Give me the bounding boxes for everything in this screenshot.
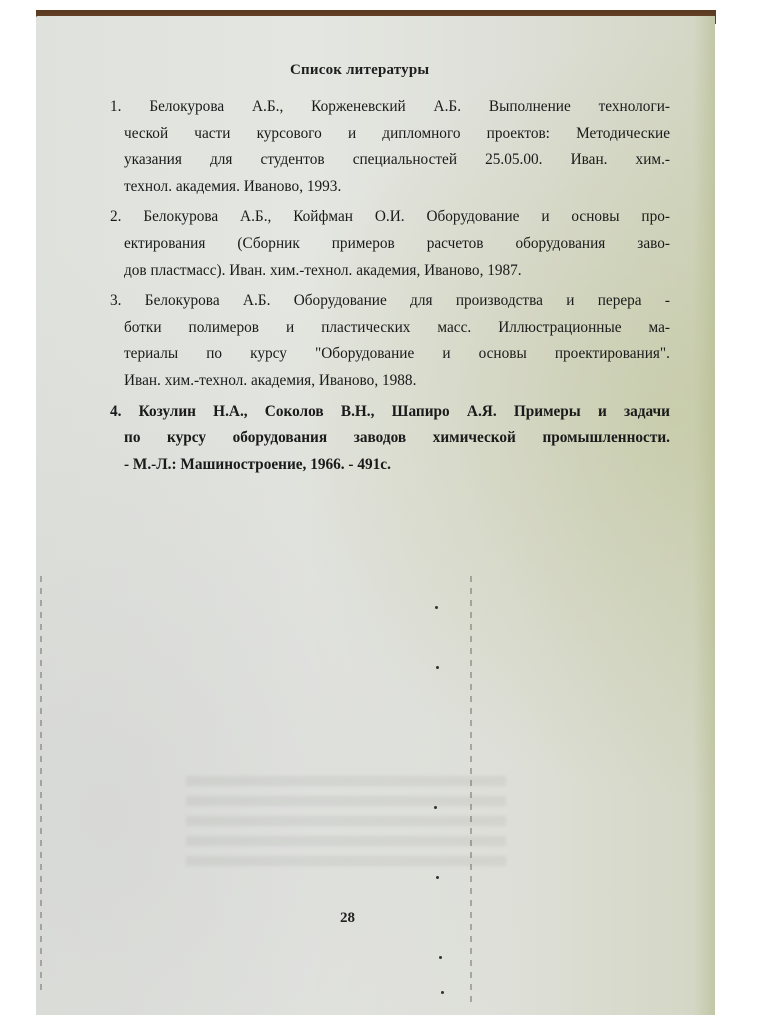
page-edge-shadow	[693, 16, 715, 1015]
reference-item-3: 3. Белокурова А.Б. Оборудование для прои…	[110, 288, 670, 394]
page-title: Список литературы	[290, 62, 429, 79]
speck	[436, 666, 439, 669]
reference-line: Иван. хим.-технол. академия, Иваново, 19…	[110, 368, 670, 395]
page-number: 28	[340, 910, 355, 927]
reference-line: 1. Белокурова А.Б., Корженевский А.Б. Вы…	[110, 94, 670, 121]
speck	[441, 991, 444, 994]
reference-item-1: 1. Белокурова А.Б., Корженевский А.Б. Вы…	[110, 94, 670, 200]
reference-line: 3. Белокурова А.Б. Оборудование для прои…	[110, 288, 670, 315]
speck	[434, 806, 437, 809]
reference-line: - М.-Л.: Машиностроение, 1966. - 491с.	[110, 452, 670, 479]
margin-scribble	[40, 576, 42, 996]
reference-line: ектирования (Сборник примеров расчетов о…	[110, 231, 670, 258]
reference-list: 1. Белокурова А.Б., Корженевский А.Б. Вы…	[110, 94, 670, 478]
reference-line: ботки полимеров и пластических масс. Илл…	[110, 315, 670, 342]
reference-line: указания для студентов специальностей 25…	[110, 147, 670, 174]
reference-line: по курсу оборудования заводов химической…	[110, 425, 670, 452]
reference-line: ческой части курсового и дипломного прое…	[110, 121, 670, 148]
reference-item-4: 4. Козулин Н.А., Соколов В.Н., Шапиро А.…	[110, 399, 670, 479]
speck	[436, 876, 439, 879]
speck	[439, 956, 442, 959]
reference-item-2: 2. Белокурова А.Б., Койфман О.И. Оборудо…	[110, 204, 670, 284]
reference-line: дов пластмасс). Иван. хим.-технол. акаде…	[110, 258, 670, 285]
reference-line: териалы по курсу "Оборудование и основы …	[110, 341, 670, 368]
bleed-through-text	[186, 776, 506, 866]
reference-line: 4. Козулин Н.А., Соколов В.Н., Шапиро А.…	[110, 399, 670, 426]
center-scribble	[470, 576, 472, 1006]
reference-line: технол. академия. Иваново, 1993.	[110, 174, 670, 201]
speck	[435, 606, 438, 609]
reference-line: 2. Белокурова А.Б., Койфман О.И. Оборудо…	[110, 204, 670, 231]
